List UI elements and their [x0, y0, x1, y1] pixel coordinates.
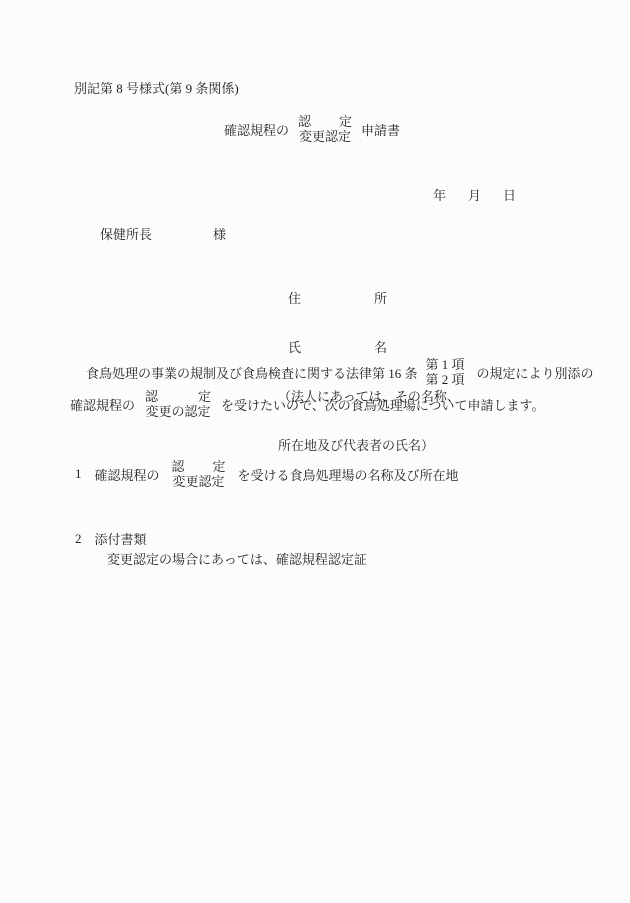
title-option-top-right: 定	[339, 114, 352, 129]
address-label-left: 住	[288, 290, 301, 307]
item-2-label: 添付書類	[95, 529, 147, 548]
body-line2: 確認規程の 認 定 変更の認定 を受けたいので、次の食鳥処理場について申請します…	[70, 387, 544, 421]
item-2-detail: 変更認定の場合にあっては、確認規程認定証	[107, 549, 367, 568]
item-1-option-stack: 認 定 変更認定	[172, 459, 226, 489]
body-line1-after: の規定により別添の	[477, 363, 594, 382]
recipient-honorific: 様	[213, 224, 226, 243]
address-label-right: 所	[374, 290, 387, 307]
title-option-stack: 認 定 変更認定	[298, 114, 352, 144]
body-line2-after: を受けたいので、次の食鳥処理場について申請します。	[221, 395, 544, 414]
body-clause-top: 第 1 項	[426, 357, 465, 372]
title-suffix: 申請書	[361, 120, 400, 139]
body-clause-bottom: 第 2 項	[426, 372, 465, 387]
item-1-option-top-right: 定	[213, 459, 226, 474]
title-option-bottom: 変更認定	[298, 129, 352, 144]
applicant-address-row: 住 所	[288, 290, 387, 307]
body-option-top-right: 定	[198, 389, 211, 404]
year-label: 年	[433, 185, 446, 204]
body-line1: 食鳥処理の事業の規制及び食鳥検査に関する法律第 16 条 第 1 項 第 2 項…	[86, 355, 594, 389]
body-line2-before: 確認規程の	[70, 395, 135, 414]
item-1-prefix: 確認規程の	[95, 465, 160, 484]
month-label: 月	[468, 185, 481, 204]
name-label-left: 氏	[288, 339, 301, 356]
form-number: 別記第 8 号様式(第 9 条関係)	[74, 78, 239, 97]
body-line1-before: 食鳥処理の事業の規制及び食鳥検査に関する法律第 16 条	[86, 363, 418, 382]
item-1-option-bottom: 変更認定	[172, 474, 226, 489]
day-label: 日	[503, 185, 516, 204]
applicant-note-line2: 所在地及び代表者の氏名）	[278, 437, 460, 454]
body-option-stack: 認 定 変更の認定	[145, 389, 211, 419]
title-option-top: 認 定	[298, 114, 352, 129]
item-1-number: 1	[75, 466, 82, 482]
body-option-top-left: 認	[145, 389, 158, 404]
item-2-heading: 2 添付書類	[75, 529, 147, 548]
title-prefix: 確認規程の	[224, 120, 289, 139]
name-label-right: 名	[374, 339, 387, 356]
item-1-suffix: を受ける食鳥処理場の名称及び所在地	[238, 465, 459, 484]
document-page: 別記第 8 号様式(第 9 条関係) 確認規程の 認 定 変更認定 申請書 年 …	[0, 0, 630, 903]
date-line: 年 月 日	[433, 185, 516, 204]
body-option-top: 認 定	[145, 389, 211, 404]
body-clause-stack: 第 1 項 第 2 項	[426, 357, 465, 387]
item-1: 1 確認規程の 認 定 変更認定 を受ける食鳥処理場の名称及び所在地	[75, 457, 459, 491]
applicant-name-row: 氏 名	[288, 339, 387, 356]
recipient-title: 保健所長	[100, 224, 152, 243]
body-option-bottom: 変更の認定	[145, 404, 211, 419]
item-1-option-top: 認 定	[172, 459, 226, 474]
title-option-top-left: 認	[298, 114, 311, 129]
recipient-line: 保健所長 様	[100, 224, 226, 243]
item-2-number: 2	[75, 531, 82, 547]
document-title: 確認規程の 認 定 変更認定 申請書	[224, 110, 400, 148]
item-1-option-top-left: 認	[172, 459, 185, 474]
